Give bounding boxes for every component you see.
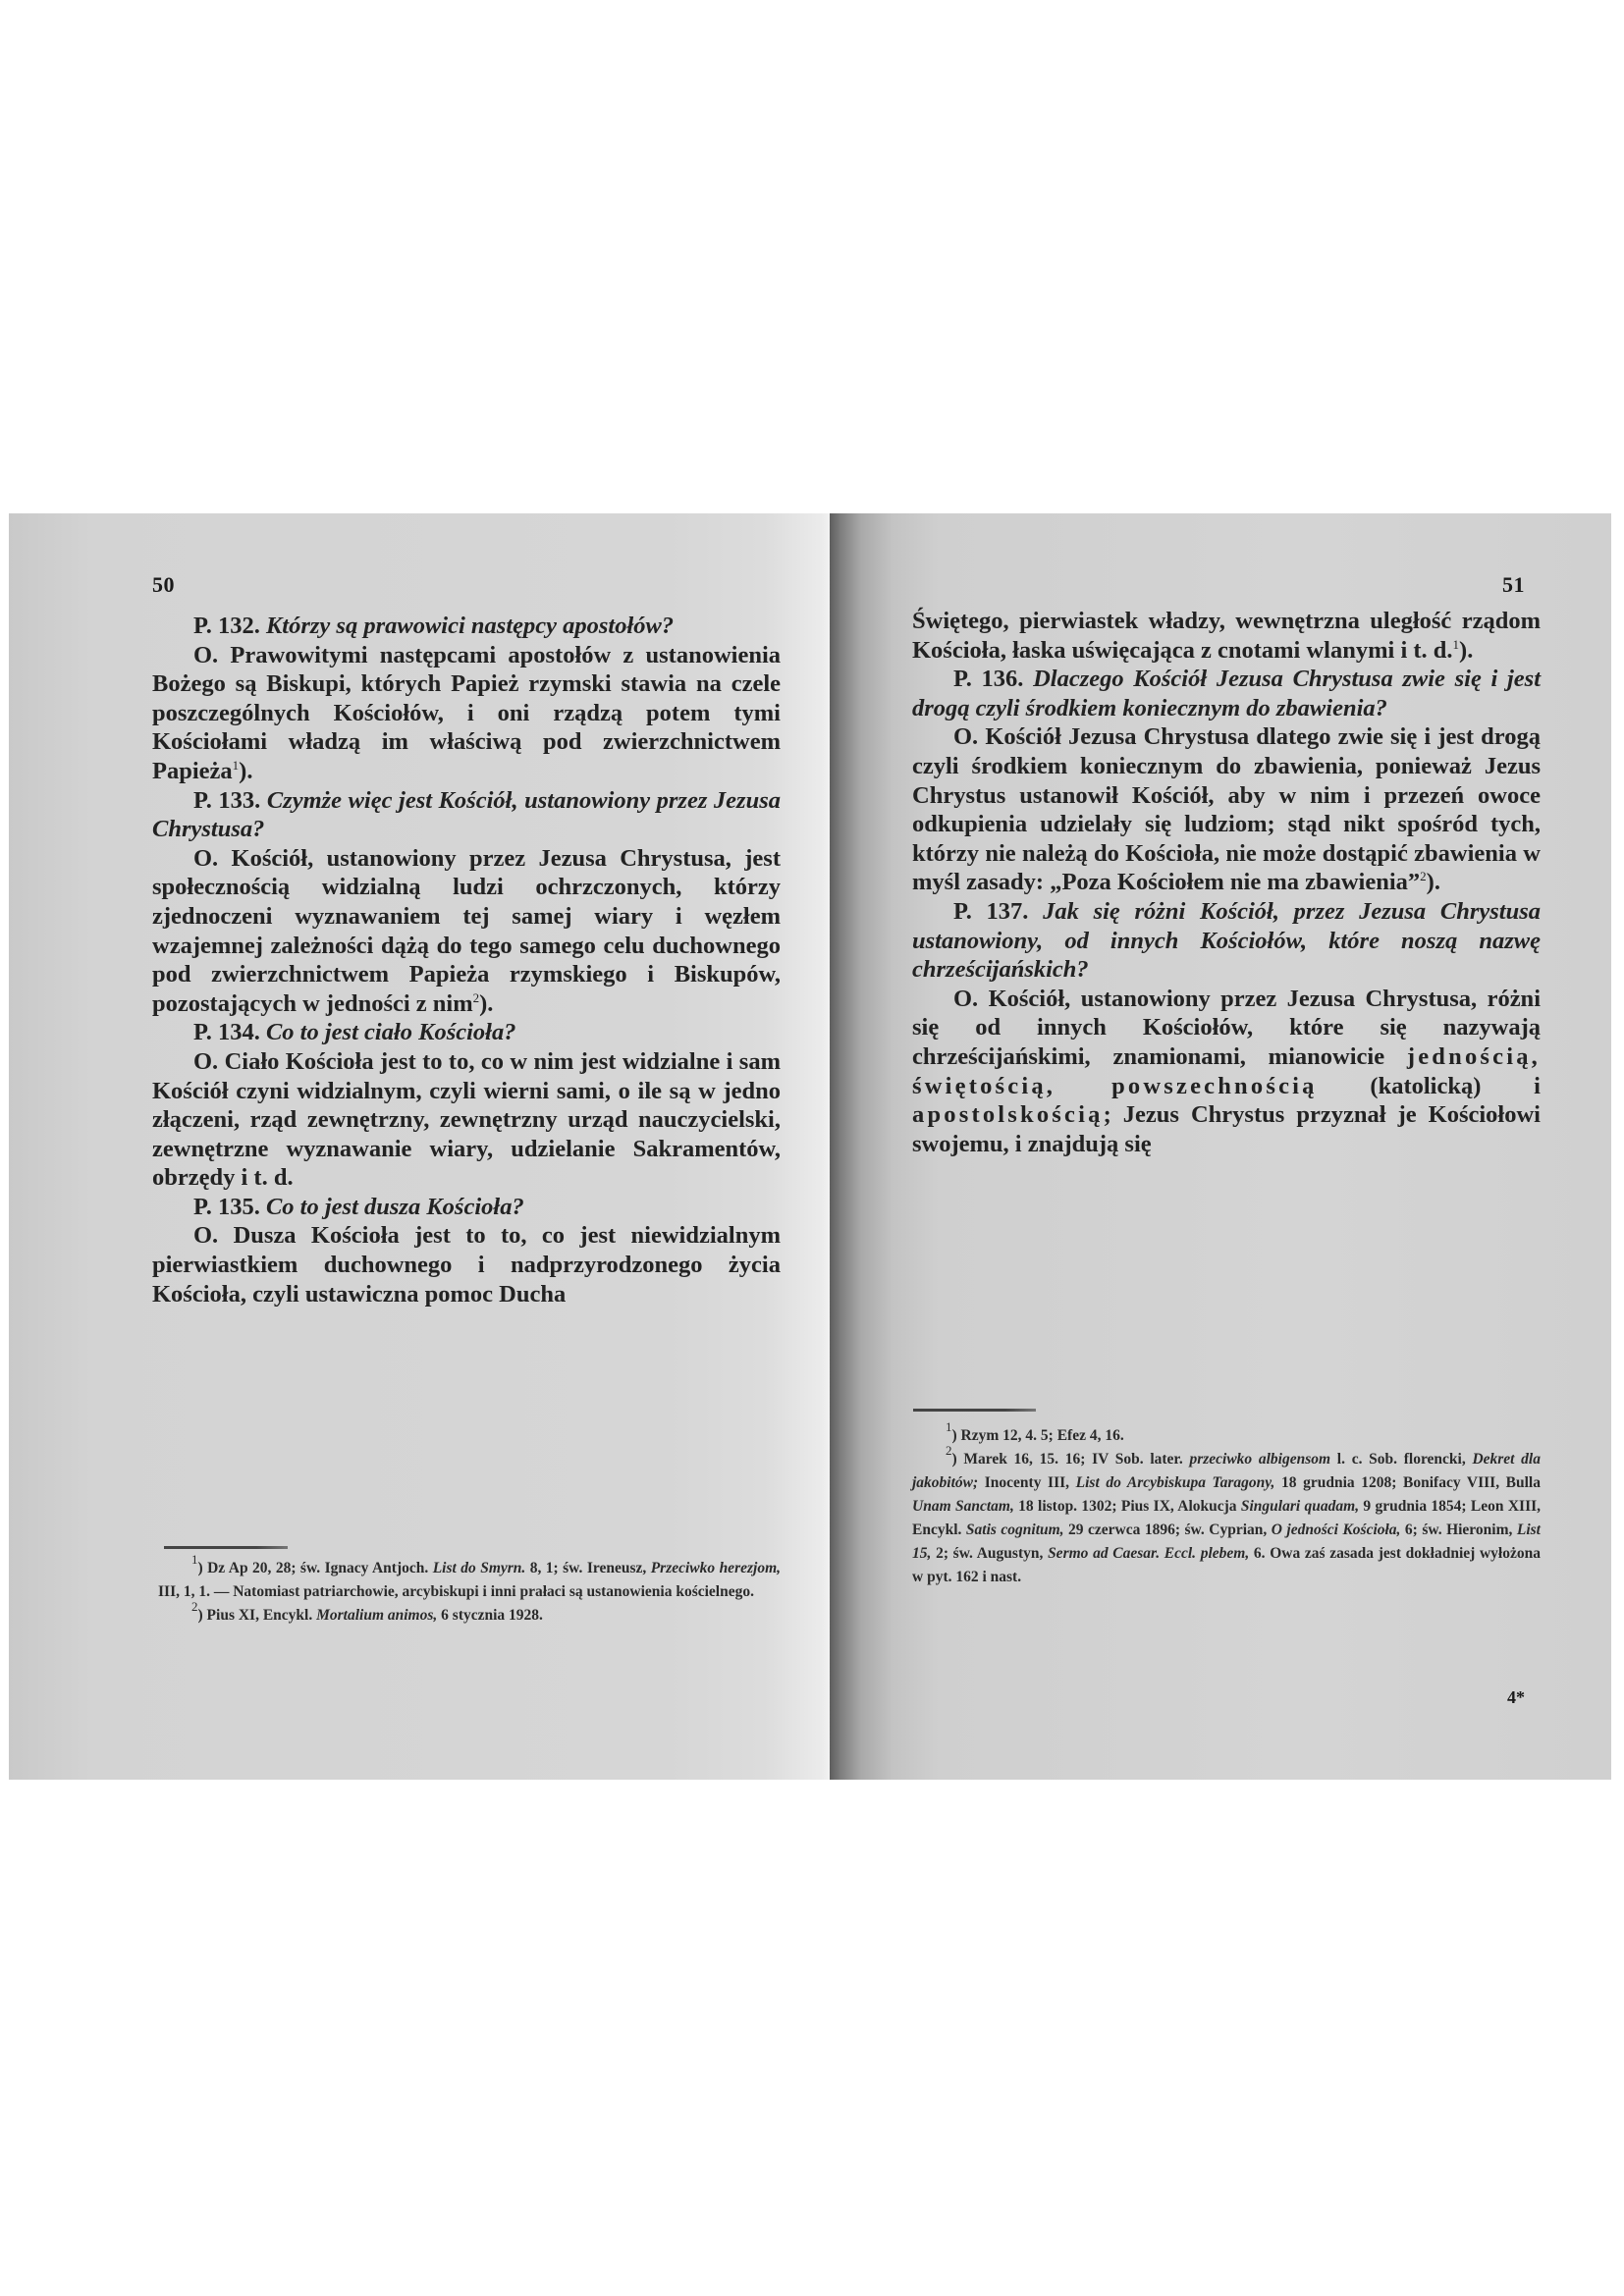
answer-text: ). [239, 758, 252, 784]
footnote-text: 29 czerwca 1896; św. Cyprian, [1064, 1522, 1272, 1538]
item-number: P. 135. [193, 1194, 266, 1220]
answer-paragraph: O. Ciało Kościoła jest to to, co w nim j… [152, 1047, 781, 1193]
book-spread-scan: 50 P. 132. Którzy są prawowici następcy … [9, 513, 1611, 1780]
page-number: 51 [1502, 572, 1525, 598]
footnote-title: Satis cognitum, [966, 1522, 1064, 1538]
answer-text: ). [1427, 869, 1440, 895]
footnote-text: 8, 1; św. Ireneusz, [525, 1560, 650, 1576]
footnote-text: 6; św. Hieronim, [1400, 1522, 1516, 1538]
page-number: 50 [152, 572, 175, 598]
footnote-text: Inocenty III, [978, 1474, 1075, 1491]
item-number: P. 134. [193, 1019, 266, 1045]
footnote: 2) Pius XI, Encykl. Mortalium animos, 6 … [158, 1604, 781, 1628]
item-number: O. [193, 845, 232, 872]
footnote-text: 18 grudnia 1208; Bonifacy VIII, Bulla [1274, 1474, 1541, 1491]
item-number: P. 137. [953, 898, 1043, 925]
item-number: P. 132. [193, 613, 266, 639]
answer-paragraph: O. Kościół, ustanowiony przez Jezusa Chr… [912, 985, 1541, 1159]
footnote-title: Singulari quadam, [1241, 1498, 1359, 1515]
footnote-text: 18 listop. 1302; Pius IX, Alokucja [1014, 1498, 1241, 1515]
footnote-marker-paren: ) [952, 1451, 964, 1468]
footnote-title: Mortalium animos, [316, 1607, 437, 1624]
answer-text: Dusza Kościoła jest to to, co jest niewi… [152, 1222, 781, 1307]
footnote-separator [164, 1546, 288, 1549]
footnote-text: 2; św. Augustyn, [931, 1545, 1048, 1562]
footnote: 1) Rzym 12, 4. 5; Efez 4, 16. [912, 1424, 1541, 1448]
item-number: O. [953, 986, 989, 1012]
footnote-text: Marek 16, 15. 16; IV Sob. later. [963, 1451, 1189, 1468]
answer-text: ). [479, 990, 493, 1017]
question-paragraph: P. 134. Co to jest ciało Kościoła? [152, 1018, 781, 1047]
answer-paragraph: O. Prawowitymi następcami apostołów z us… [152, 641, 781, 786]
footnote-title: List do Arcybiskupa Taragony, [1076, 1474, 1275, 1491]
answer-paragraph: O. Dusza Kościoła jest to to, co jest ni… [152, 1221, 781, 1308]
question-paragraph: P. 136. Dlaczego Kościół Jezusa Chrystus… [912, 665, 1541, 722]
footnote-text: Pius XI, Encykl. [207, 1607, 317, 1624]
signature-mark: 4* [1507, 1687, 1525, 1708]
left-page: 50 P. 132. Którzy są prawowici następcy … [9, 513, 830, 1780]
footnote-title: O jedności Kościoła, [1272, 1522, 1401, 1538]
left-page-body: P. 132. Którzy są prawowici następcy apo… [152, 612, 781, 1308]
answer-text: Kościół Jezusa Chrystusa dlatego zwie si… [912, 723, 1541, 895]
answer-text: ). [1459, 637, 1473, 664]
left-page-footnotes: 1) Dz Ap 20, 28; św. Ignacy Antjoch. Lis… [158, 1557, 781, 1628]
item-number: O. [193, 642, 230, 668]
item-number: O. [193, 1222, 234, 1249]
footnote-title: Unam Sanctam, [912, 1498, 1014, 1515]
answer-text: Świętego, pierwiastek władzy, wewnętrzna… [912, 608, 1541, 664]
right-page-footnotes: 1) Rzym 12, 4. 5; Efez 4, 16.2) Marek 16… [912, 1424, 1541, 1589]
answer-text: Kościół, ustanowiony przez Jezusa Chryst… [152, 845, 781, 1017]
item-number: O. [193, 1048, 225, 1075]
continued-paragraph: Świętego, pierwiastek władzy, wewnętrzna… [912, 607, 1541, 665]
question-paragraph: P. 132. Którzy są prawowici następcy apo… [152, 612, 781, 641]
right-page-body: Świętego, pierwiastek władzy, wewnętrzna… [912, 607, 1541, 1158]
item-number: P. 136. [953, 666, 1033, 692]
footnote: 1) Dz Ap 20, 28; św. Ignacy Antjoch. Lis… [158, 1557, 781, 1604]
item-number: O. [953, 723, 985, 750]
footnote: 2) Marek 16, 15. 16; IV Sob. later. prze… [912, 1448, 1541, 1589]
emphasized-text: apostolskością [912, 1101, 1104, 1128]
footnote-marker-paren: ) [198, 1560, 208, 1576]
question-paragraph: P. 137. Jak się różni Kościół, przez Jez… [912, 897, 1541, 985]
footnote-title: Przeciwko herezjom, [651, 1560, 781, 1576]
answer-text: (katolicką) i [1318, 1073, 1541, 1099]
answer-paragraph: O. Kościół, ustanowiony przez Jezusa Chr… [152, 844, 781, 1019]
question-paragraph: P. 135. Co to jest dusza Kościoła? [152, 1193, 781, 1222]
item-number: P. 133. [193, 787, 267, 814]
footnote-title: przeciwko albigensom [1189, 1451, 1330, 1468]
question-paragraph: P. 133. Czymże więc jest Kościół, ustano… [152, 786, 781, 844]
footnote-text: l. c. Sob. florencki, [1330, 1451, 1472, 1468]
footnote-marker-paren: ) [952, 1427, 961, 1444]
footnote-separator [913, 1409, 1036, 1412]
right-page: 51 Świętego, pierwiastek władzy, wewnętr… [830, 513, 1611, 1780]
footnote-text: 6 stycznia 1928. [437, 1607, 543, 1624]
footnote-text: III, 1, 1. — Natomiast patriarchowie, ar… [158, 1583, 754, 1600]
footnote-text: Dz Ap 20, 28; św. Ignacy Antjoch. [207, 1560, 433, 1576]
question-text: Co to jest dusza Kościoła? [266, 1194, 524, 1220]
footnote-title: List do Smyrn. [433, 1560, 526, 1576]
answer-text: Ciało Kościoła jest to to, co w nim jest… [152, 1048, 781, 1191]
footnote-text: Rzym 12, 4. 5; Efez 4, 16. [961, 1427, 1124, 1444]
question-text: Którzy są prawowici następcy apostołów? [266, 613, 674, 639]
footnote-title: Sermo ad Caesar. Eccl. plebem, [1048, 1545, 1249, 1562]
question-text: Co to jest ciało Kościoła? [266, 1019, 516, 1045]
footnote-marker-paren: ) [198, 1607, 207, 1624]
answer-paragraph: O. Kościół Jezusa Chrystusa dlatego zwie… [912, 722, 1541, 897]
